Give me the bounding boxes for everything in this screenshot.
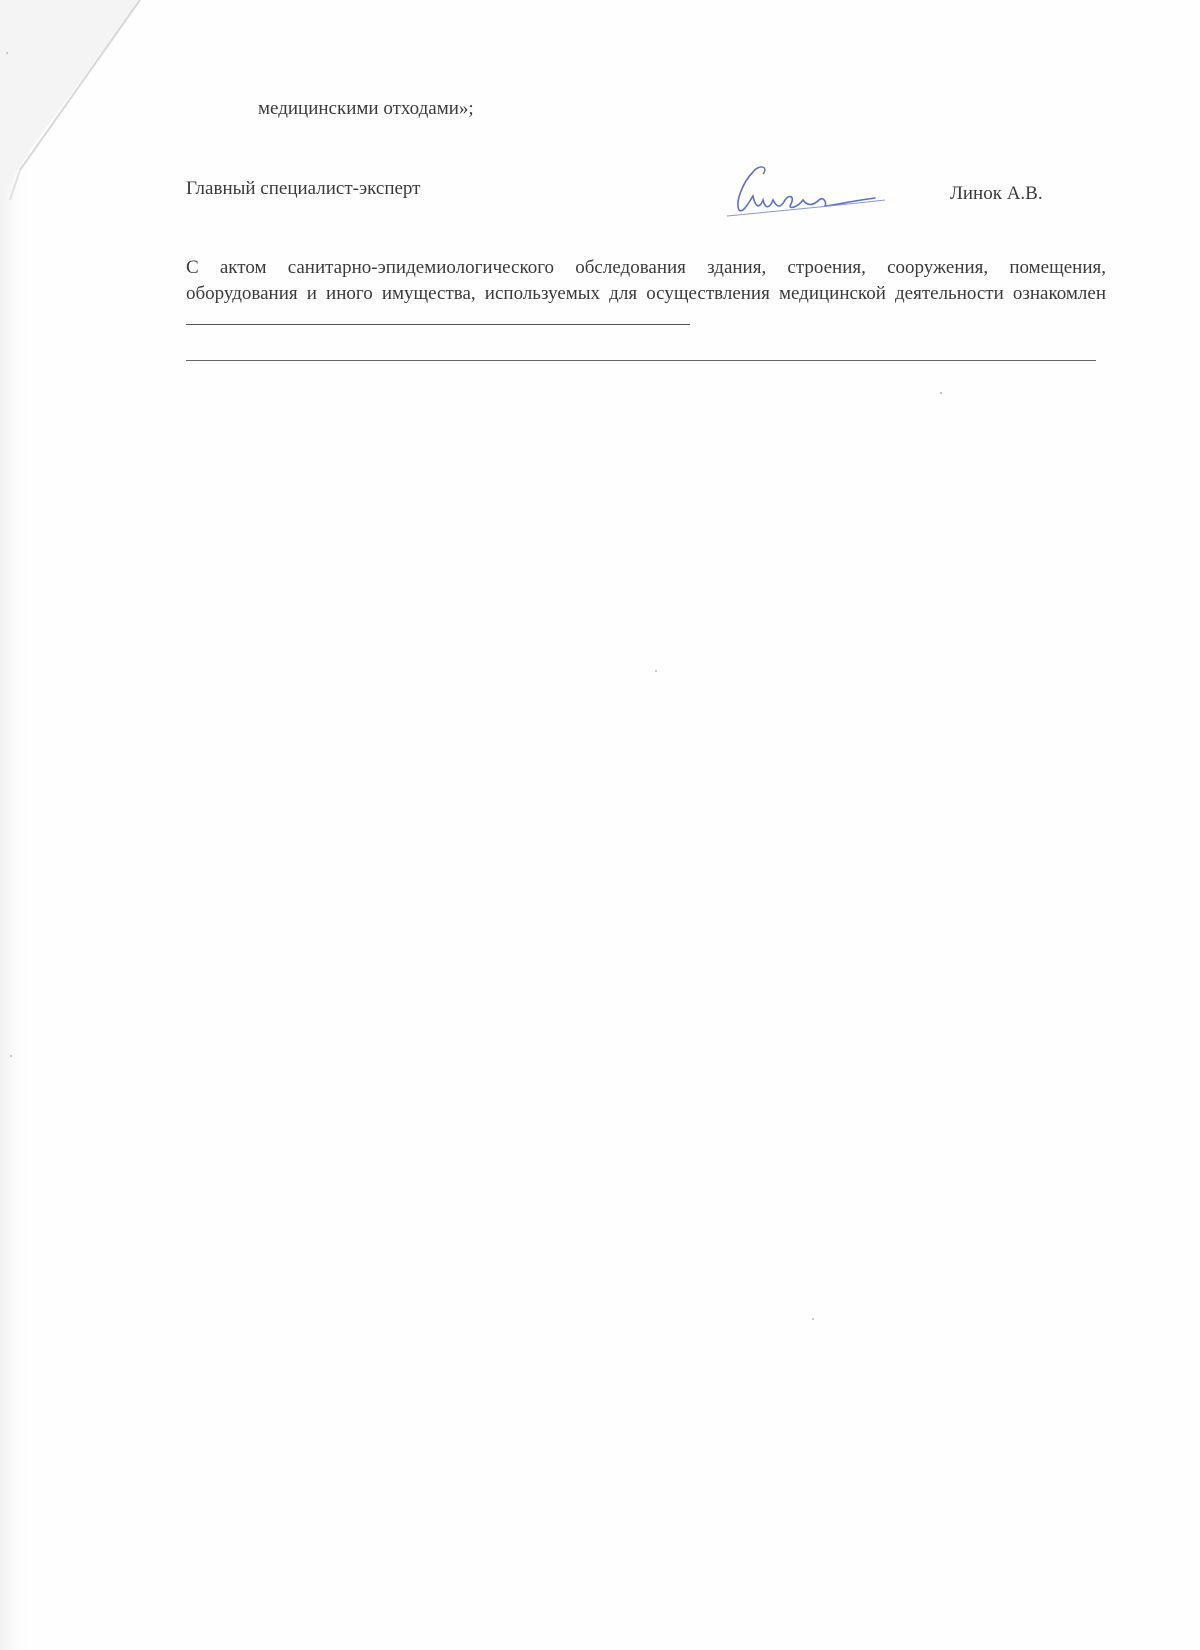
- signatory-role: Главный специалист-эксперт: [186, 178, 420, 200]
- scan-speck: [6, 52, 8, 54]
- scan-speck: [812, 1318, 814, 1320]
- signature-blank-line[interactable]: [186, 310, 690, 325]
- acknowledgement-paragraph: С актом санитарно-эпидемиологического об…: [186, 255, 1106, 333]
- folded-corner: [0, 0, 150, 200]
- scan-edge-shadow: [0, 0, 30, 1650]
- signatory-name: Линок А.В.: [950, 183, 1043, 205]
- acknowledgement-text: С актом санитарно-эпидемиологического об…: [186, 257, 1106, 304]
- scan-speck: [10, 1055, 12, 1057]
- second-blank-line[interactable]: [186, 360, 1096, 361]
- continuation-text: медицинскими отходами»;: [258, 98, 474, 120]
- scan-speck: [655, 670, 657, 672]
- signature-icon: [725, 162, 895, 222]
- document-page: медицинскими отходами»; Главный специали…: [0, 0, 1200, 1650]
- scan-speck: [940, 392, 942, 394]
